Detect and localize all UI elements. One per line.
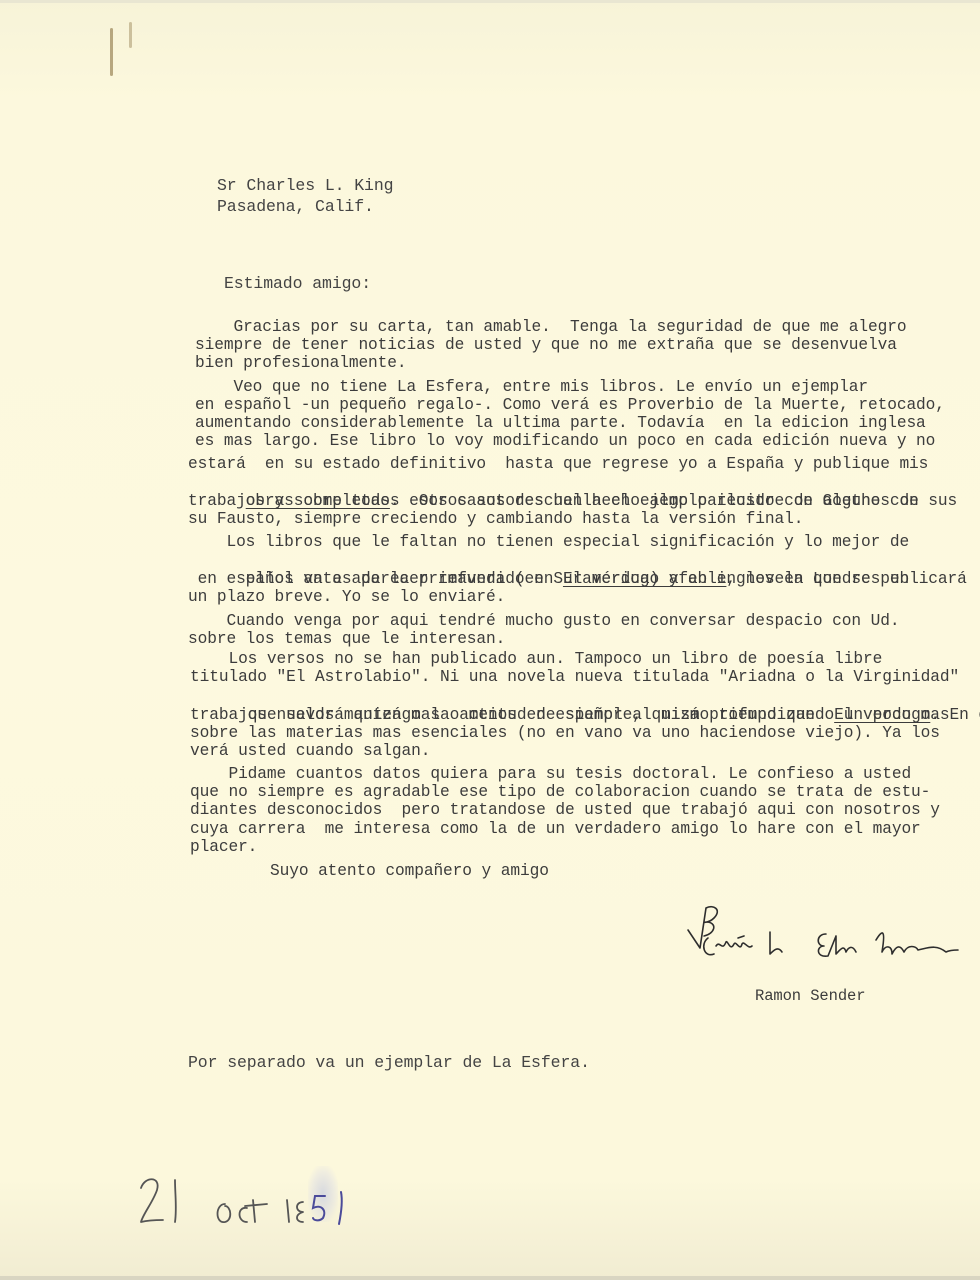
- body-line: bien profesionalmente.: [195, 354, 407, 372]
- body-line: diantes desconocidos pero tratandose de …: [190, 801, 940, 819]
- body-line: Gracias por su carta, tan amable. Tenga …: [195, 318, 906, 336]
- body-line: verá usted cuando salgan.: [190, 742, 430, 760]
- body-line: sobre los temas que le interesan.: [188, 630, 505, 648]
- body-line: su Fausto, siempre creciendo y cambiando…: [188, 510, 803, 528]
- body-line: un plazo breve. Yo se lo enviaré.: [188, 588, 505, 606]
- body-line: Cuando venga por aqui tendré mucho gusto…: [188, 612, 899, 630]
- body-line: Pidame cuantos datos quiera para su tesi…: [190, 765, 911, 783]
- body-line: cuya carrera me interesa como la de un v…: [190, 820, 921, 838]
- staple-mark: [129, 22, 132, 48]
- salutation: Estimado amigo:: [224, 273, 371, 294]
- handwritten-signature: [678, 900, 968, 970]
- recipient-name: Sr Charles L. King: [217, 175, 393, 196]
- body-line: trabajos y sobre todos esos casos descue…: [188, 492, 919, 510]
- paper-top-edge: [0, 0, 980, 3]
- paper-bottom-edge: [0, 1276, 980, 1280]
- body-line: sobre las materias mas esenciales (no en…: [190, 724, 940, 742]
- body-line: en español -un pequeño regalo-. Como ver…: [195, 396, 945, 414]
- body-line: trabajos nuevos mantengo la actitud de s…: [190, 706, 950, 724]
- body-line: aumentando considerablemente la ultima p…: [195, 414, 926, 432]
- body-line: placer.: [190, 838, 257, 856]
- closing: Suyo atento compañero y amigo: [270, 862, 549, 880]
- body-line: estará en su estado definitivo hasta que…: [188, 455, 928, 473]
- handwritten-date: [135, 1170, 375, 1240]
- body-line: titulado "El Astrolabio". Ni una novela …: [190, 668, 959, 686]
- letter-page: Sr Charles L. King Pasadena, Calif. Esti…: [0, 0, 980, 1280]
- body-line: siempre de tener noticias de usted y que…: [195, 336, 897, 354]
- body-line: Los libros que le faltan no tienen espec…: [188, 533, 909, 551]
- body-line: es mas largo. Ese libro lo voy modifican…: [195, 432, 935, 450]
- body-line: Los versos no se han publicado aun. Tamp…: [190, 650, 882, 668]
- postscript: Por separado va un ejemplar de La Esfera…: [188, 1052, 590, 1073]
- body-line: en español antes de la primavera (en Sur…: [188, 570, 909, 588]
- recipient-location: Pasadena, Calif.: [217, 196, 374, 217]
- body-line: Veo que no tiene La Esfera, entre mis li…: [195, 378, 868, 396]
- staple-mark: [110, 28, 113, 76]
- body-line: que no siempre es agradable ese tipo de …: [190, 783, 930, 801]
- typed-signature-name: Ramon Sender: [755, 987, 865, 1005]
